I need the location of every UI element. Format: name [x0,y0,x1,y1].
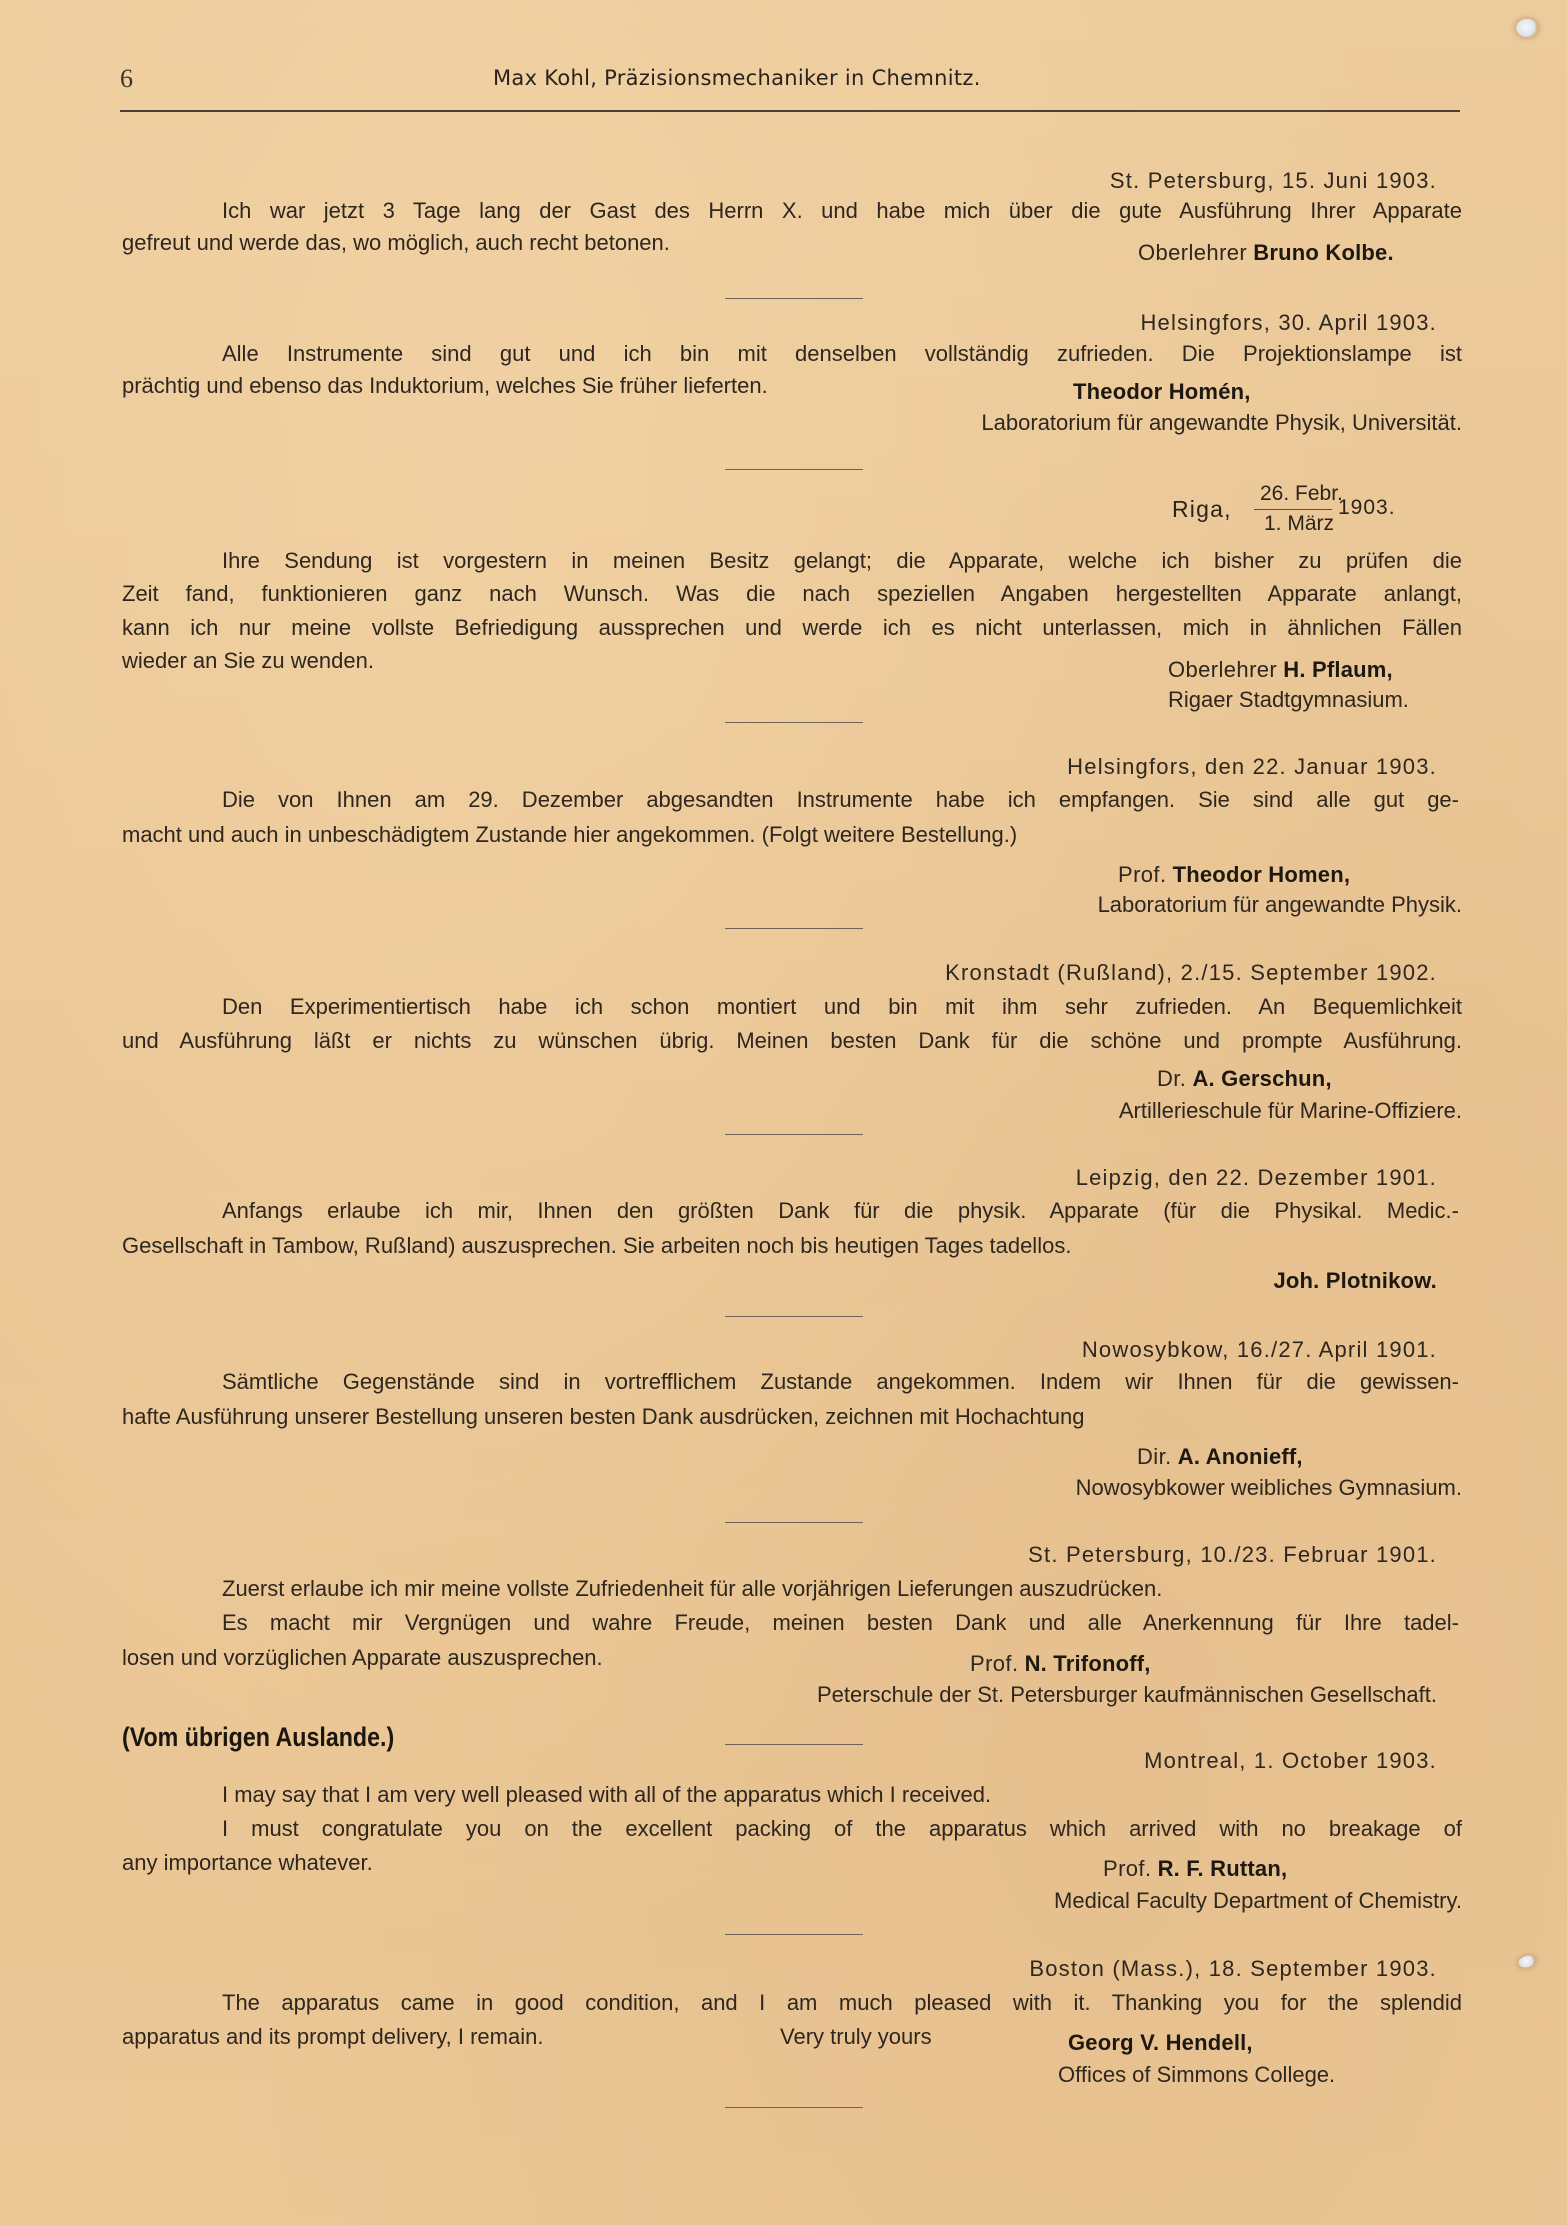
signature-name: Georg V. Hendell, [1068,2030,1253,2055]
letter-body-line: apparatus and its prompt delivery, I rem… [122,2024,543,2050]
letter-affiliation: Artillerieschule für Marine-Offiziere. [1119,1098,1462,1124]
dateline-city: Riga, [1172,496,1232,523]
letter-body-line: losen und vorzüglichen Apparate auszuspr… [122,1645,603,1671]
signature-title: Prof. [970,1651,1018,1676]
letter-signature: Prof. N. Trifonoff, [970,1651,1151,1677]
letter-signature: Joh. Plotnikow. [1273,1268,1437,1294]
letter-body-line: Die von Ihnen am 29. Dezember abgesandte… [222,787,1459,813]
page-number: 6 [120,64,133,94]
letter-body-line: macht und auch in unbeschädigtem Zustand… [122,822,1017,848]
separator-rule [725,1744,863,1745]
letter-dateline: Kronstadt (Rußland), 2./15. September 19… [945,960,1437,986]
letter-body-line: Ihre Sendung ist vorgestern in meinen Be… [222,548,1462,574]
signature-title: Dr. [1157,1066,1186,1091]
letter-signature: Dr. A. Gerschun, [1157,1066,1332,1092]
letter-body-line: prächtig und ebenso das Induktorium, wel… [122,373,768,399]
document-page: 6 Max Kohl, Präzisionsmechaniker in Chem… [0,0,1567,2225]
letter-signature: Georg V. Hendell, [1068,2030,1253,2056]
letter-body-line: hafte Ausführung unserer Bestellung unse… [122,1404,1085,1430]
section-heading: (Vom übrigen Auslande.) [122,1722,394,1753]
signature-name: R. F. Ruttan, [1158,1856,1288,1881]
letter-dateline: Montreal, 1. October 1903. [1144,1748,1437,1774]
separator-rule [725,2107,863,2108]
letter-dateline: Leipzig, den 22. Dezember 1901. [1076,1165,1437,1191]
signature-name: Joh. Plotnikow. [1273,1268,1437,1293]
letter-affiliation: Nowosybkower weibliches Gymnasium. [1076,1475,1462,1501]
binder-hole-icon [1516,19,1538,37]
letter-signature: Dir. A. Anonieff, [1137,1444,1303,1470]
letter-body-line: Es macht mir Vergnügen und wahre Freude,… [222,1610,1459,1636]
letter-dateline: St. Petersburg, 15. Juni 1903. [1110,168,1437,194]
separator-rule [725,1522,863,1523]
letter-dateline: St. Petersburg, 10./23. Februar 1901. [1028,1542,1437,1568]
letter-body-line: Ich war jetzt 3 Tage lang der Gast des H… [222,198,1462,224]
letter-body-line: Anfangs erlaube ich mir, Ihnen den größt… [222,1198,1459,1224]
dateline-fraction-bar [1254,509,1332,510]
letter-dateline: Boston (Mass.), 18. September 1903. [1029,1956,1437,1982]
letter-signature: Oberlehrer H. Pflaum, [1168,657,1393,683]
letter-signature: Theodor Homén, [1073,379,1251,405]
letter-signature: Prof. Theodor Homen, [1118,862,1350,888]
letter-dateline: Helsingfors, den 22. Januar 1903. [1067,754,1437,780]
signature-title: Prof. [1118,862,1166,887]
signature-name: Theodor Homén, [1073,379,1251,404]
letter-body-line: Zeit fand, funktionieren ganz nach Wunsc… [122,581,1462,607]
letter-body-line: Den Experimentiertisch habe ich schon mo… [222,994,1462,1020]
running-head: Max Kohl, Präzisionsmechaniker in Chemni… [493,66,981,90]
letter-body-line: kann ich nur meine vollste Befriedigung … [122,615,1462,641]
letter-affiliation: Laboratorium für angewandte Physik, Univ… [981,410,1462,436]
letter-affiliation: Medical Faculty Department of Chemistry. [1054,1888,1462,1914]
separator-rule [725,298,863,299]
letter-body-line: Gesellschaft in Tambow, Rußland) auszusp… [122,1233,1071,1259]
letter-body-line: I must congratulate you on the excellent… [222,1816,1462,1842]
letter-body-line: Zuerst erlaube ich mir meine vollste Zuf… [222,1576,1162,1602]
letter-body-line: gefreut und werde das, wo möglich, auch … [122,230,670,256]
letter-affiliation: Rigaer Stadtgymnasium. [1168,687,1409,713]
signature-name: H. Pflaum, [1283,657,1393,682]
dateline-year: 1903. [1338,496,1396,520]
separator-rule [725,928,863,929]
letter-body-line: I may say that I am very well pleased wi… [222,1782,991,1808]
separator-rule [725,1134,863,1135]
signature-title: Oberlehrer [1168,657,1277,682]
letter-dateline: Helsingfors, 30. April 1903. [1140,310,1437,336]
letter-signature: Oberlehrer Bruno Kolbe. [1138,240,1394,266]
letter-body-line: wieder an Sie zu wenden. [122,648,374,674]
signature-name: A. Gerschun, [1192,1066,1331,1091]
letter-body-line: Alle Instrumente sind gut und ich bin mi… [222,341,1462,367]
separator-rule [725,722,863,723]
separator-rule [725,1934,863,1935]
letter-body-line: any importance whatever. [122,1850,373,1876]
signature-name: Theodor Homen, [1173,862,1351,887]
separator-rule [725,1316,863,1317]
letter-signature: Prof. R. F. Ruttan, [1103,1856,1287,1882]
letter-affiliation: Peterschule der St. Petersburger kaufmän… [817,1682,1437,1708]
letter-closing: Very truly yours [780,2024,932,2050]
letter-dateline-fraction: Riga, 26. Febr. 1. März 1903. [1172,482,1442,542]
signature-name: N. Trifonoff, [1025,1651,1151,1676]
separator-rule [725,469,863,470]
dateline-date-top: 26. Febr. [1260,482,1343,506]
letter-affiliation: Offices of Simmons College. [1058,2062,1335,2088]
signature-name: A. Anonieff, [1178,1444,1303,1469]
signature-title: Prof. [1103,1856,1151,1881]
letter-dateline: Nowosybkow, 16./27. April 1901. [1082,1337,1437,1363]
dateline-date-bottom: 1. März [1264,512,1334,536]
letter-body-line: The apparatus came in good condition, an… [222,1990,1462,2016]
signature-title: Dir. [1137,1444,1172,1469]
letter-body-line: Sämtliche Gegenstände sind in vortreffli… [222,1369,1459,1395]
letter-affiliation: Laboratorium für angewandte Physik. [1098,892,1462,918]
header-rule [120,110,1460,112]
letter-body-line: und Ausführung läßt er nichts zu wünsche… [122,1028,1462,1054]
signature-title: Oberlehrer [1138,240,1247,265]
signature-name: Bruno Kolbe. [1253,240,1394,265]
binder-hole-icon [1517,1954,1537,1969]
